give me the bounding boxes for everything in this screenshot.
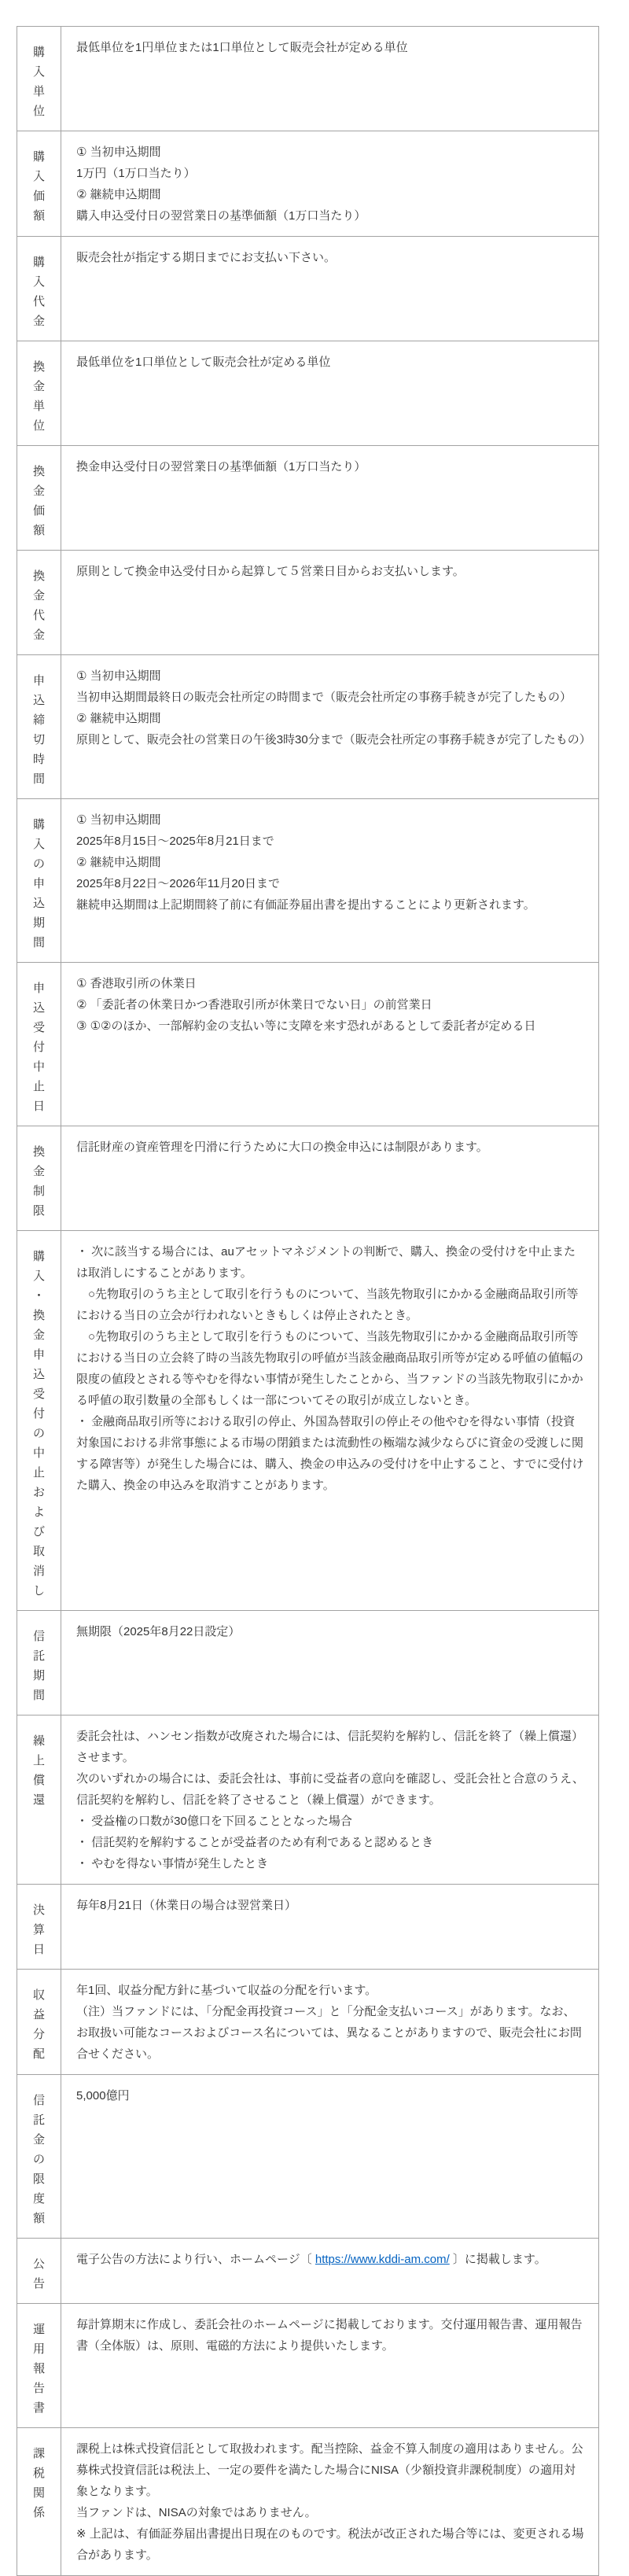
row-content: 最低単位を1円単位または1口単位として販売会社が定める単位 [61,27,598,131]
table-row-taxation: 課税関係 課税上は株式投資信託として取扱われます。配当控除、益金不算入制度の適用… [17,2427,598,2575]
row-content: 販売会社が指定する期日までにお支払い下さい。 [61,237,598,341]
row-label: 課税関係 [17,2428,61,2575]
row-content: 信託財産の資産管理を円滑に行うために大口の換金申込には制限があります。 [61,1126,598,1230]
table-row-redemption-restriction: 換金制限 信託財産の資産管理を円滑に行うために大口の換金申込には制限があります。 [17,1126,598,1230]
row-label: 購入の申込期間 [17,799,61,962]
row-label: 運用報告書 [17,2304,61,2427]
row-label: 収益分配 [17,1970,61,2074]
row-label: 購入単位 [17,27,61,131]
table-row-purchase-payment: 購入代金 販売会社が指定する期日までにお支払い下さい。 [17,236,598,341]
table-row-redemption-price: 換金価額 換金申込受付日の翌営業日の基準価額（1万口当たり） [17,445,598,550]
table-row-public-notice: 公告 電子公告の方法により行い、ホームページ〔 https://www.kddi… [17,2238,598,2303]
row-content: ① 当初申込期間 1万円（1万口当たり） ② 継続申込期間 購入申込受付日の翌営… [61,131,598,236]
row-label: 購入代金 [17,237,61,341]
table-row-application-deadline: 申込締切時間 ① 当初申込期間 当初申込期間最終日の販売会社所定の時間まで（販売… [17,654,598,798]
row-label: 決算日 [17,1885,61,1969]
row-content: 年1回、収益分配方針に基づいて収益の分配を行います。 （注）当ファンドには、「分… [61,1970,598,2074]
table-row-trust-amount-limit: 信託金の限度額 5,000億円 [17,2074,598,2238]
row-label: 信託金の限度額 [17,2075,61,2238]
row-content: 委託会社は、ハンセン指数が改廃された場合には、信託契約を解約し、信託を終了（繰上… [61,1715,598,1884]
row-label: 購入価額 [17,131,61,236]
fund-procedure-table: 購入単位 最低単位を1円単位または1口単位として販売会社が定める単位 購入価額 … [17,26,599,2576]
row-label: 申込受付中止日 [17,963,61,1126]
table-row-income-distribution: 収益分配 年1回、収益分配方針に基づいて収益の分配を行います。 （注）当ファンド… [17,1969,598,2074]
row-content: 課税上は株式投資信託として取扱われます。配当控除、益金不算入制度の適用はありませ… [61,2428,598,2575]
row-content: 最低単位を1口単位として販売会社が定める単位 [61,341,598,445]
table-row-settlement-date: 決算日 毎年8月21日（休業日の場合は翌営業日） [17,1884,598,1969]
table-row-redemption-payment: 換金代金 原則として換金申込受付日から起算して５営業日目からお支払いします。 [17,550,598,654]
row-content: 無期限（2025年8月22日設定） [61,1611,598,1715]
public-notice-text-before-link: 電子公告の方法により行い、ホームページ〔 [76,2253,315,2266]
row-label: 換金代金 [17,551,61,654]
table-row-purchase-price: 購入価額 ① 当初申込期間 1万円（1万口当たり） ② 継続申込期間 購入申込受… [17,131,598,236]
row-content: 5,000億円 [61,2075,598,2238]
row-label: 換金価額 [17,446,61,550]
row-label: 換金制限 [17,1126,61,1230]
row-label: 公告 [17,2239,61,2303]
table-row-trust-period: 信託期間 無期限（2025年8月22日設定） [17,1610,598,1715]
table-row-purchase-application-period: 購入の申込期間 ① 当初申込期間 2025年8月15日～2025年8月21日まで… [17,798,598,962]
row-label: 申込締切時間 [17,655,61,798]
row-content: 毎計算期末に作成し、委託会社のホームページに掲載しております。交付運用報告書、運… [61,2304,598,2427]
row-label: 換金単位 [17,341,61,445]
homepage-link[interactable]: https://www.kddi-am.com/ [315,2253,450,2266]
row-content: 原則として換金申込受付日から起算して５営業日目からお支払いします。 [61,551,598,654]
table-row-management-report: 運用報告書 毎計算期末に作成し、委託会社のホームページに掲載しております。交付運… [17,2303,598,2427]
row-content: ① 当初申込期間 2025年8月15日～2025年8月21日まで ② 継続申込期… [61,799,598,962]
row-label: 信託期間 [17,1611,61,1715]
row-content: ① 当初申込期間 当初申込期間最終日の販売会社所定の時間まで（販売会社所定の事務… [61,655,598,798]
table-row-purchase-redemption-suspension: 購入・換金申込受付の中止および取消し ・ 次に該当する場合には、auアセットマネ… [17,1230,598,1610]
row-content: 電子公告の方法により行い、ホームページ〔 https://www.kddi-am… [61,2239,598,2303]
row-label: 購入・換金申込受付の中止および取消し [17,1231,61,1610]
table-row-redemption-unit: 換金単位 最低単位を1口単位として販売会社が定める単位 [17,341,598,445]
table-row-application-suspension-days: 申込受付中止日 ① 香港取引所の休業日 ② 「委託者の休業日かつ香港取引所が休業… [17,962,598,1126]
row-label: 繰上償還 [17,1715,61,1884]
table-row-early-redemption: 繰上償還 委託会社は、ハンセン指数が改廃された場合には、信託契約を解約し、信託を… [17,1715,598,1884]
row-content: 毎年8月21日（休業日の場合は翌営業日） [61,1885,598,1969]
row-content: 換金申込受付日の翌営業日の基準価額（1万口当たり） [61,446,598,550]
prospectus-page: 購入単位 最低単位を1円単位または1口単位として販売会社が定める単位 購入価額 … [0,0,629,2526]
table-row-purchase-unit: 購入単位 最低単位を1円単位または1口単位として販売会社が定める単位 [17,27,598,131]
public-notice-text-after-link: 〕に掲載します。 [450,2253,546,2266]
row-content: ・ 次に該当する場合には、auアセットマネジメントの判断で、購入、換金の受付けを… [61,1231,598,1610]
row-content: ① 香港取引所の休業日 ② 「委託者の休業日かつ香港取引所が休業日でない日」の前… [61,963,598,1126]
